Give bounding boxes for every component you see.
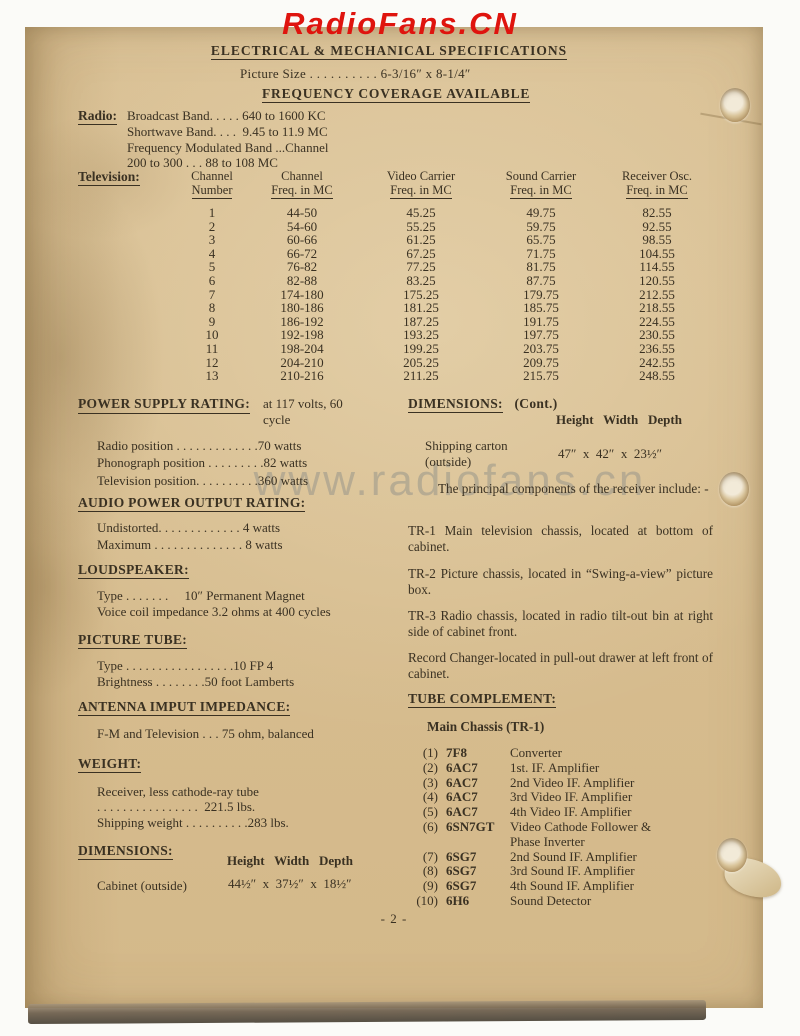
loudspeaker-heading-text: LOUDSPEAKER:: [78, 562, 189, 579]
picture-size-line: Picture Size . . . . . . . . . . 6-3/16″…: [240, 66, 471, 82]
shipping-carton-label: Shipping carton (outside): [425, 438, 508, 470]
loudspeaker-heading: LOUDSPEAKER:: [78, 562, 189, 578]
header-line: Video Carrier: [366, 169, 476, 183]
tv-table-row: 13210-216211.25215.75248.55: [150, 369, 744, 383]
cell-video: 77.25: [330, 260, 512, 274]
component-record-changer: Record Changer-located in pull-out drawe…: [408, 650, 713, 681]
header-underlined: Freq. in MC: [626, 183, 687, 199]
tube-type: 6AC7: [446, 790, 502, 805]
antenna-heading-text: ANTENNA IMPUT IMPEDANCE:: [78, 699, 290, 716]
cell-channel: 13: [150, 369, 274, 383]
tv-table-row: 466-7267.2571.75104.55: [150, 247, 744, 261]
frequency-coverage-text: FREQUENCY COVERAGE AVAILABLE: [262, 86, 530, 103]
dimensions-heading-text: DIMENSIONS:: [78, 843, 173, 860]
component-tr1: TR-1 Main television chassis, located at…: [408, 523, 713, 554]
header-underlined: Freq. in MC: [390, 183, 451, 199]
tv-table-body: 144-5045.2549.7582.55 254-6055.2559.7592…: [150, 206, 744, 383]
tube-type: 7F8: [446, 746, 502, 761]
tube-number: (7): [408, 850, 438, 865]
cell-freq: 186-192: [274, 315, 330, 329]
tube-number: (4): [408, 790, 438, 805]
page-content: RadioFans.CN ELECTRICAL & MECHANICAL SPE…: [0, 0, 800, 1036]
cell-freq: 60-66: [274, 233, 330, 247]
header-line: Freq. in MC: [366, 183, 476, 197]
tube-number: (2): [408, 761, 438, 776]
spec-line: Undistorted. . . . . . . . . . . . . 4 w…: [97, 519, 283, 536]
audio-power-heading-text: AUDIO POWER OUTPUT RATING:: [78, 495, 305, 512]
radio-label: Radio:: [78, 108, 117, 124]
cell-osc: 248.55: [570, 369, 744, 383]
cell-osc: 104.55: [570, 247, 744, 261]
cell-osc: 218.55: [570, 301, 744, 315]
page-title-text: ELECTRICAL & MECHANICAL SPECIFICATIONS: [211, 43, 567, 60]
cell-channel: 5: [150, 260, 274, 274]
power-supply-rating-value: at 117 volts, 60 cycle: [263, 396, 343, 428]
tube-row: (10)6H6Sound Detector: [408, 894, 728, 909]
tube-number: (6): [408, 820, 438, 850]
cell-osc: 120.55: [570, 274, 744, 288]
dimensions-heading: DIMENSIONS:: [78, 843, 173, 859]
cell-channel: 2: [150, 220, 274, 234]
cell-video: 67.25: [330, 247, 512, 261]
tube-desc: 2nd Sound IF. Amplifier: [510, 850, 637, 865]
tube-number: (3): [408, 776, 438, 791]
antenna-items: F-M and Television . . . 75 ohm, balance…: [97, 726, 314, 742]
cell-osc: 236.55: [570, 342, 744, 356]
cell-video: 205.25: [330, 356, 512, 370]
cell-sound: 59.75: [512, 220, 570, 234]
dimensions-cont-heading: DIMENSIONS: (Cont.): [408, 396, 558, 412]
cell-sound: 191.75: [512, 315, 570, 329]
cell-freq: 54-60: [274, 220, 330, 234]
tube-desc: 1st. IF. Amplifier: [510, 761, 599, 776]
cell-sound: 185.75: [512, 301, 570, 315]
tv-table-row: 360-6661.2565.7598.55: [150, 233, 744, 247]
tube-desc: 3rd Video IF. Amplifier: [510, 790, 632, 805]
antenna-heading: ANTENNA IMPUT IMPEDANCE:: [78, 699, 290, 715]
spec-line: Receiver, less cathode-ray tube: [97, 784, 289, 799]
tube-number: (9): [408, 879, 438, 894]
spec-line: Maximum . . . . . . . . . . . . . . 8 wa…: [97, 536, 283, 553]
spec-line: Phonograph position . . . . . . . . .82 …: [97, 454, 308, 471]
spec-line: Television position. . . . . . . . . .36…: [97, 472, 308, 489]
cell-video: 211.25: [330, 369, 512, 383]
dimensions-cont-suffix: (Cont.): [515, 396, 558, 411]
cell-sound: 71.75: [512, 247, 570, 261]
cell-sound: 215.75: [512, 369, 570, 383]
main-chassis-label: Main Chassis (TR-1): [427, 719, 544, 735]
cell-osc: 98.55: [570, 233, 744, 247]
cell-osc: 242.55: [570, 356, 744, 370]
cell-osc: 82.55: [570, 206, 744, 220]
cell-freq: 44-50: [274, 206, 330, 220]
tv-table-row: 10192-198193.25197.75230.55: [150, 328, 744, 342]
cell-channel: 12: [150, 356, 274, 370]
tube-desc: 4th Video IF. Amplifier: [510, 805, 631, 820]
punch-hole-middle: [719, 472, 749, 506]
tube-number: (8): [408, 864, 438, 879]
spec-line: Voice coil impedance 3.2 ohms at 400 cyc…: [97, 604, 331, 620]
tube-type: 6AC7: [446, 761, 502, 776]
tv-col-header-channel-freq: Channel Freq. in MC: [247, 169, 357, 197]
cell-sound: 65.75: [512, 233, 570, 247]
tube-desc: Sound Detector: [510, 894, 591, 909]
cell-channel: 10: [150, 328, 274, 342]
component-tr2: TR-2 Picture chassis, located in “Swing-…: [408, 566, 713, 597]
tube-row: (6)6SN7GTVideo Cathode Follower & Phase …: [408, 820, 728, 850]
punch-hole-top: [720, 88, 750, 122]
power-supply-heading: POWER SUPPLY RATING:: [78, 396, 250, 414]
cell-channel: 4: [150, 247, 274, 261]
dimensions-cont-heading-text: DIMENSIONS:: [408, 396, 503, 413]
header-line: Freq. in MC: [486, 183, 596, 197]
radio-label-text: Radio:: [78, 108, 117, 125]
radio-band-line: Shortwave Band. . . . 9.45 to 11.9 MC: [127, 124, 328, 140]
television-label: Television:: [78, 169, 140, 185]
tube-row: (3)6AC72nd Video IF. Amplifier: [408, 776, 728, 791]
header-underlined: Freq. in MC: [510, 183, 571, 199]
dimensions2-col-labels: Height Width Depth: [556, 412, 682, 428]
header-underlined: Number: [192, 183, 233, 199]
spec-line: . . . . . . . . . . . . . . . . 221.5 lb…: [97, 799, 289, 814]
tube-type: 6AC7: [446, 776, 502, 791]
cell-channel: 1: [150, 206, 274, 220]
tube-desc: 4th Sound IF. Amplifier: [510, 879, 634, 894]
tv-table-row: 7174-180175.25179.75212.55: [150, 288, 744, 302]
weight-heading-text: WEIGHT:: [78, 756, 141, 773]
tv-col-header-receiver-osc: Receiver Osc. Freq. in MC: [602, 169, 712, 197]
cell-video: 175.25: [330, 288, 512, 302]
power-supply-section: POWER SUPPLY RATING: at 117 volts, 60 cy…: [78, 396, 378, 428]
spec-line: F-M and Television . . . 75 ohm, balance…: [97, 726, 314, 742]
tv-table-row: 11198-204199.25203.75236.55: [150, 342, 744, 356]
spec-line: Radio position . . . . . . . . . . . . .…: [97, 437, 308, 454]
cell-freq: 82-88: [274, 274, 330, 288]
cell-freq: 76-82: [274, 260, 330, 274]
tv-table-row: 682-8883.2587.75120.55: [150, 274, 744, 288]
cell-sound: 197.75: [512, 328, 570, 342]
radio-band-line: Frequency Modulated Band ...Channel: [127, 140, 328, 156]
cell-video: 61.25: [330, 233, 512, 247]
picture-tube-heading-text: PICTURE TUBE:: [78, 632, 187, 649]
cell-channel: 11: [150, 342, 274, 356]
cell-channel: 3: [150, 233, 274, 247]
tv-col-header-sound-carrier: Sound Carrier Freq. in MC: [486, 169, 596, 197]
tube-row: (1)7F8Converter: [408, 746, 728, 761]
power-supply-items: Radio position . . . . . . . . . . . . .…: [97, 437, 308, 489]
cell-video: 181.25: [330, 301, 512, 315]
cabinet-label: Cabinet (outside): [97, 878, 187, 894]
cell-freq: 210-216: [274, 369, 330, 383]
cell-freq: 174-180: [274, 288, 330, 302]
cell-freq: 180-186: [274, 301, 330, 315]
audio-power-heading: AUDIO POWER OUTPUT RATING:: [78, 495, 305, 511]
header-underlined: Freq. in MC: [271, 183, 332, 199]
cell-video: 193.25: [330, 328, 512, 342]
tv-table-row: 254-6055.2559.7592.55: [150, 220, 744, 234]
cell-osc: 212.55: [570, 288, 744, 302]
cell-osc: 114.55: [570, 260, 744, 274]
page-title: ELECTRICAL & MECHANICAL SPECIFICATIONS: [0, 43, 778, 59]
cell-channel: 9: [150, 315, 274, 329]
tube-number: (1): [408, 746, 438, 761]
shipping-carton-value: 47″ x 42″ x 23½″: [558, 446, 662, 462]
weight-items: Receiver, less cathode-ray tube . . . . …: [97, 784, 289, 830]
header-line: Receiver Osc.: [602, 169, 712, 183]
cell-sound: 179.75: [512, 288, 570, 302]
tube-type: 6SG7: [446, 879, 502, 894]
radio-band-lines: Broadcast Band. . . . . 640 to 1600 KC S…: [127, 108, 328, 171]
weight-heading: WEIGHT:: [78, 756, 141, 772]
tv-col-header-video-carrier: Video Carrier Freq. in MC: [366, 169, 476, 197]
tv-table-row: 9186-192187.25191.75224.55: [150, 315, 744, 329]
picture-tube-heading: PICTURE TUBE:: [78, 632, 187, 648]
tube-row: (9)6SG74th Sound IF. Amplifier: [408, 879, 728, 894]
cell-video: 187.25: [330, 315, 512, 329]
cell-sound: 81.75: [512, 260, 570, 274]
cell-freq: 198-204: [274, 342, 330, 356]
cell-osc: 92.55: [570, 220, 744, 234]
cell-sound: 87.75: [512, 274, 570, 288]
radio-band-line: Broadcast Band. . . . . 640 to 1600 KC: [127, 108, 328, 124]
tube-type: 6SG7: [446, 864, 502, 879]
components-intro: The principal components of the receiver…: [408, 481, 713, 497]
frequency-coverage-heading: FREQUENCY COVERAGE AVAILABLE: [262, 86, 530, 102]
tube-desc: Video Cathode Follower & Phase Inverter: [510, 820, 651, 850]
header-line: Sound Carrier: [486, 169, 596, 183]
cell-channel: 7: [150, 288, 274, 302]
cell-freq: 66-72: [274, 247, 330, 261]
component-tr3: TR-3 Radio chassis, located in radio til…: [408, 608, 713, 639]
tube-row: (4)6AC73rd Video IF. Amplifier: [408, 790, 728, 805]
cell-osc: 230.55: [570, 328, 744, 342]
tube-row: (8)6SG73rd Sound IF. Amplifier: [408, 864, 728, 879]
cell-freq: 192-198: [274, 328, 330, 342]
tube-type: 6H6: [446, 894, 502, 909]
dimensions-col-labels: Height Width Depth: [227, 853, 353, 869]
tv-table-row: 576-8277.2581.75114.55: [150, 260, 744, 274]
tv-table-row: 144-5045.2549.7582.55: [150, 206, 744, 220]
tube-row: (5)6AC74th Video IF. Amplifier: [408, 805, 728, 820]
picture-tube-items: Type . . . . . . . . . . . . . . . . .10…: [97, 658, 294, 689]
tube-type: 6AC7: [446, 805, 502, 820]
cell-channel: 8: [150, 301, 274, 315]
spec-line: Type . . . . . . . . . . . . . . . . .10…: [97, 658, 294, 674]
tube-desc: 3rd Sound IF. Amplifier: [510, 864, 635, 879]
cell-video: 83.25: [330, 274, 512, 288]
cell-video: 45.25: [330, 206, 512, 220]
cell-sound: 49.75: [512, 206, 570, 220]
tube-desc: Converter: [510, 746, 562, 761]
header-line: Freq. in MC: [602, 183, 712, 197]
tube-complement-heading: TUBE COMPLEMENT:: [408, 691, 556, 707]
cell-channel: 6: [150, 274, 274, 288]
spec-line: Type . . . . . . . 10″ Permanent Magnet: [97, 588, 331, 604]
tube-number: (10): [408, 894, 438, 909]
audio-power-items: Undistorted. . . . . . . . . . . . . 4 w…: [97, 519, 283, 553]
tv-table-row: 8180-186181.25185.75218.55: [150, 301, 744, 315]
cell-video: 199.25: [330, 342, 512, 356]
tube-row: (7)6SG72nd Sound IF. Amplifier: [408, 850, 728, 865]
tube-type: 6SG7: [446, 850, 502, 865]
cabinet-value: 44½″ x 37½″ x 18½″: [228, 876, 352, 892]
tube-list: (1)7F8Converter (2)6AC71st. IF. Amplifie…: [408, 746, 728, 909]
spec-line: Shipping weight . . . . . . . . . .283 l…: [97, 815, 289, 830]
cell-sound: 203.75: [512, 342, 570, 356]
cell-video: 55.25: [330, 220, 512, 234]
tube-complement-heading-text: TUBE COMPLEMENT:: [408, 691, 556, 708]
loudspeaker-items: Type . . . . . . . 10″ Permanent Magnet …: [97, 588, 331, 620]
page-number: - 2 -: [25, 911, 763, 927]
tube-desc: 2nd Video IF. Amplifier: [510, 776, 634, 791]
header-line: Channel: [247, 169, 357, 183]
cell-osc: 224.55: [570, 315, 744, 329]
cell-freq: 204-210: [274, 356, 330, 370]
tube-type: 6SN7GT: [446, 820, 502, 850]
header-line: Freq. in MC: [247, 183, 357, 197]
cell-sound: 209.75: [512, 356, 570, 370]
television-label-text: Television:: [78, 169, 140, 186]
tube-number: (5): [408, 805, 438, 820]
brand-logo: RadioFans.CN: [0, 6, 800, 42]
spec-line: Brightness . . . . . . . .50 foot Lamber…: [97, 674, 294, 690]
tube-row: (2)6AC71st. IF. Amplifier: [408, 761, 728, 776]
punch-hole-bottom: [717, 838, 747, 872]
tv-table-row: 12204-210205.25209.75242.55: [150, 356, 744, 370]
